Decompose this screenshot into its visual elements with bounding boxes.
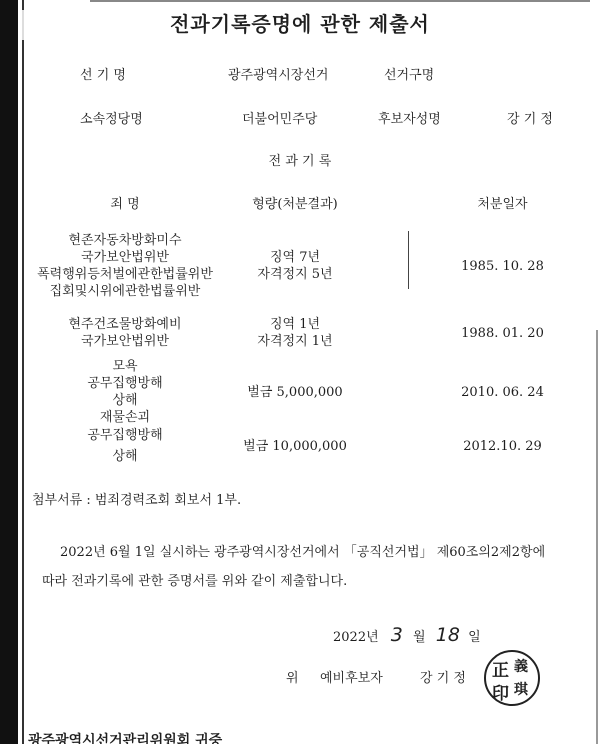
record-sentence-line: 벌금 5,000,000 [200,384,390,401]
record-date: 1985. 10. 28 [420,258,585,275]
record-crime: 공무집행방해상해 [25,425,225,467]
statement-line-1: 2022년 6월 1일 실시하는 광주광역시장선거에서 「공직선거법」 제60조… [60,541,545,560]
record-crime-line: 상해 [25,392,225,409]
page-border-right [596,330,598,744]
record-sentence: 징역 1년자격정지 1년 [200,316,390,350]
header-date: 처분일자 [420,196,585,213]
seal-stamp-icon: 正 義 印 琪 [484,650,540,706]
record-crime-line: 공무집행방해 [25,375,225,392]
record-sentence: 벌금 10,000,000 [200,438,390,455]
record-sentence: 징역 7년자격정지 5년 [200,249,390,283]
document-title: 전과기록증명에 관한 제출서 [0,8,600,37]
page-border-left [22,0,24,744]
record-crime-line: 재물손괴 [25,409,225,426]
record-crime-line: 국가보안법위반 [25,249,225,266]
record-crime-line: 공무집행방해 [25,425,225,446]
record-crime-line: 국가보안법위반 [25,333,225,350]
record-crime-line: 폭력행위등처벌에관한법률위반 [25,266,225,283]
election-label: 선 기 명 [80,64,126,83]
record-sentence-line: 징역 7년 [200,249,390,266]
header-crime: 죄 명 [25,196,225,213]
record-crime: 모욕공무집행방해상해재물손괴 [25,358,225,426]
record-sentence-line: 자격정지 1년 [200,333,390,350]
stamp-char-2: 義 [514,656,528,676]
sign-date: 2022년 3 월 18 일 [333,624,481,646]
party-label: 소속정당명 [80,108,143,127]
candidate-value: 강 기 정 [507,108,553,127]
header-sentence: 형량(처분결과) [200,196,390,213]
attachment-note: 첨부서류 : 범죄경력조회 회보서 1부. [32,489,241,508]
stamp-char-3: 印 [492,679,509,704]
party-value: 더불어민주당 [242,108,317,127]
scan-edge [0,0,18,744]
signer-role: 예비후보자 [320,667,383,686]
date-day: 18 [436,624,460,646]
record-date: 1988. 01. 20 [420,325,585,342]
stamp-char-4: 琪 [514,679,528,699]
record-date: 2010. 06. 24 [420,384,585,401]
statement-line-2: 따라 전과기록에 관한 증명서를 위와 같이 제출합니다. [42,570,347,589]
footer-recipient: 광주광역시선거관리위원회 귀중 [28,730,222,744]
signer-prefix: 위 [286,667,299,686]
record-crime-line: 현주건조물방화예비 [25,316,225,333]
page-border-top [90,0,590,2]
date-year: 2022년 [333,630,379,645]
record-crime-line: 모욕 [25,358,225,375]
record-sentence-line: 징역 1년 [200,316,390,333]
record-sentence-line: 벌금 10,000,000 [200,438,390,455]
record-crime-line: 집회및시위에관한법률위반 [25,283,225,300]
date-day-unit: 일 [468,630,481,645]
date-month: 3 [391,624,403,646]
signer-name: 강 기 정 [420,667,466,686]
records-section-title: 전 과 기 록 [0,150,600,169]
election-value: 광주광역시장선거 [228,64,328,83]
candidate-label: 후보자성명 [378,108,441,127]
column-separator [408,231,409,289]
record-crime: 현존자동차방화미수국가보안법위반폭력행위등처벌에관한법률위반집회및시위에관한법률… [25,232,225,300]
record-crime-line: 상해 [25,446,225,467]
record-crime: 현주건조물방화예비국가보안법위반 [25,316,225,350]
stamp-char-1: 正 [492,656,509,681]
record-crime-line: 현존자동차방화미수 [25,232,225,249]
record-date: 2012.10. 29 [420,438,585,455]
record-sentence-line: 자격정지 5년 [200,266,390,283]
date-month-unit: 월 [413,630,426,645]
district-label: 선거구명 [384,64,434,83]
record-sentence: 벌금 5,000,000 [200,384,390,401]
